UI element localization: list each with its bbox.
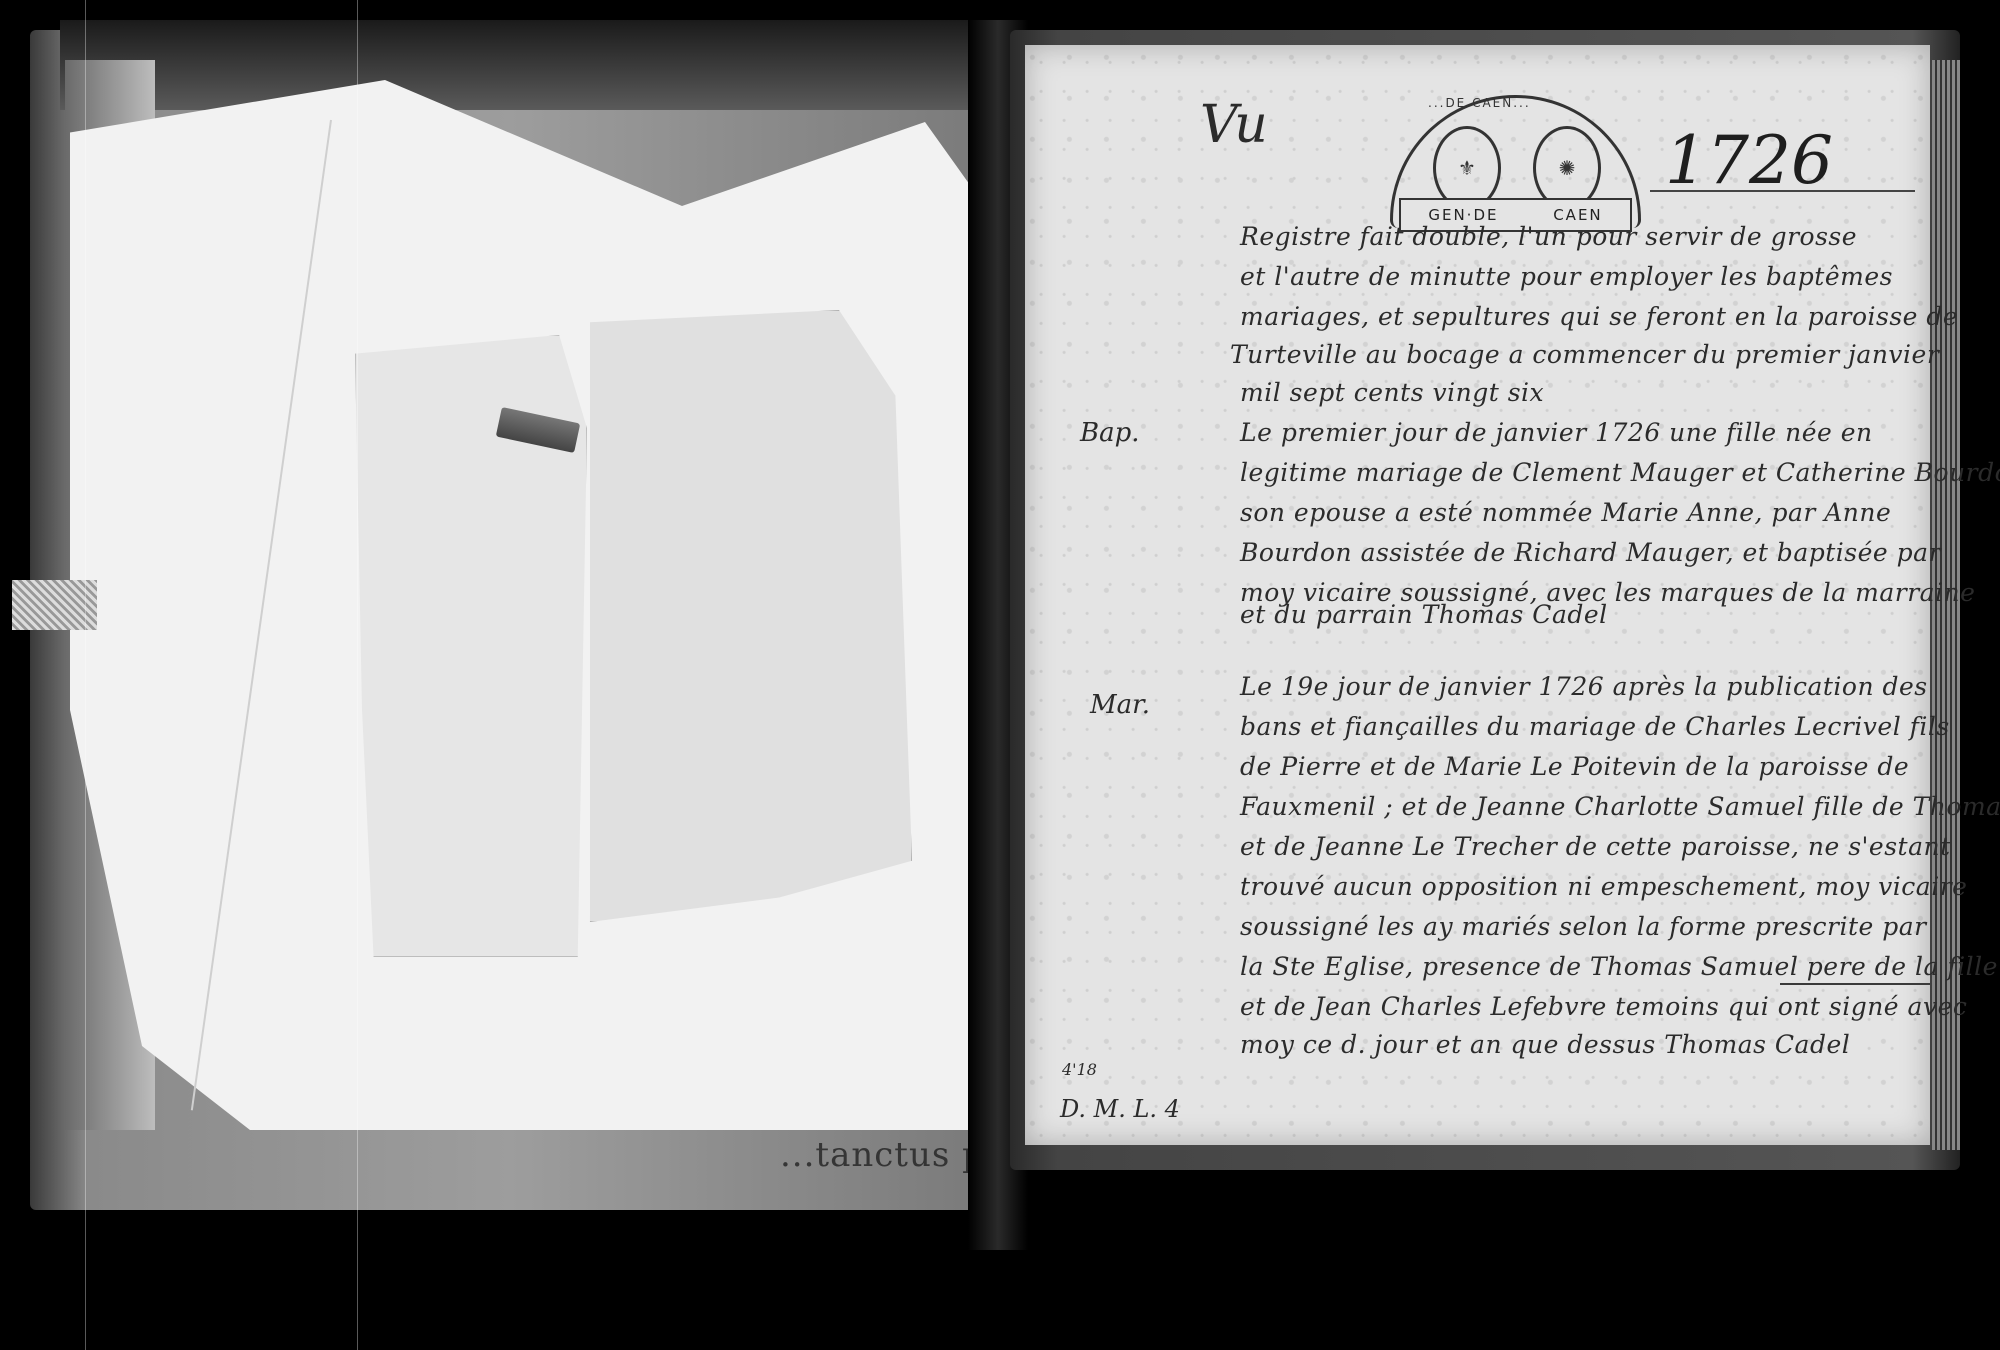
entry-line: son epouse a esté nommée Marie Anne, par… bbox=[1240, 498, 1891, 527]
title-line: Turteville au bocage a commencer du prem… bbox=[1230, 340, 1939, 369]
signature-rule bbox=[1780, 983, 1930, 985]
entry-line: et du parrain Thomas Cadel bbox=[1240, 600, 1608, 629]
entry-line: trouvé aucun opposition ni empeschement,… bbox=[1240, 872, 1967, 901]
year-underline bbox=[1650, 190, 1915, 192]
margin-label-marriage: Mar. bbox=[1090, 690, 1150, 720]
entry-line: Fauxmenil ; et de Jeanne Charlotte Samue… bbox=[1240, 792, 2000, 821]
entry-line: et de Jeanne Le Trecher de cette paroiss… bbox=[1240, 832, 1951, 861]
cover-top-edge bbox=[60, 20, 980, 110]
entry-line: legitime mariage de Clement Mauger et Ca… bbox=[1240, 458, 2000, 487]
entry-line: soussigné les ay mariés selon la forme p… bbox=[1240, 912, 1927, 941]
register-year: 1726 bbox=[1665, 122, 1833, 199]
entry-line: Le 19e jour de janvier 1726 après la pub… bbox=[1240, 672, 1928, 701]
entry-line: Le premier jour de janvier 1726 une fill… bbox=[1240, 418, 1873, 447]
entry-line: moy ce d. jour et an que dessus Thomas C… bbox=[1240, 1030, 1850, 1059]
pasted-fragment-right bbox=[580, 310, 912, 922]
entry-line: Bourdon assistée de Richard Mauger, et b… bbox=[1240, 538, 1941, 567]
scan-artifact-line bbox=[85, 0, 86, 1350]
archive-number: 4'18 bbox=[1062, 1060, 1097, 1079]
title-line: et l'autre de minutte pour employer les … bbox=[1240, 262, 1893, 291]
verification-mark: Vu bbox=[1200, 95, 1268, 155]
title-line: mariages, et sepultures qui se feront en… bbox=[1240, 302, 1958, 331]
entry-line: de Pierre et de Marie Le Poitevin de la … bbox=[1240, 752, 1909, 781]
seal-arc-text: ...DE CAEN... bbox=[1428, 96, 1531, 110]
scan-artifact-line bbox=[357, 0, 358, 1350]
entry-line: et de Jean Charles Lefebvre temoins qui … bbox=[1240, 992, 1967, 1021]
margin-label-baptism: Bap. bbox=[1080, 418, 1140, 448]
title-line: Registre fait double, l'un pour servir d… bbox=[1240, 222, 1857, 251]
entry-line: bans et fiançailles du mariage de Charle… bbox=[1240, 712, 1950, 741]
archive-code: D. M. L. 4 bbox=[1060, 1095, 1180, 1123]
entry-line: la Ste Eglise, presence de Thomas Samuel… bbox=[1240, 952, 1998, 981]
title-line: mil sept cents vingt six bbox=[1240, 378, 1544, 407]
